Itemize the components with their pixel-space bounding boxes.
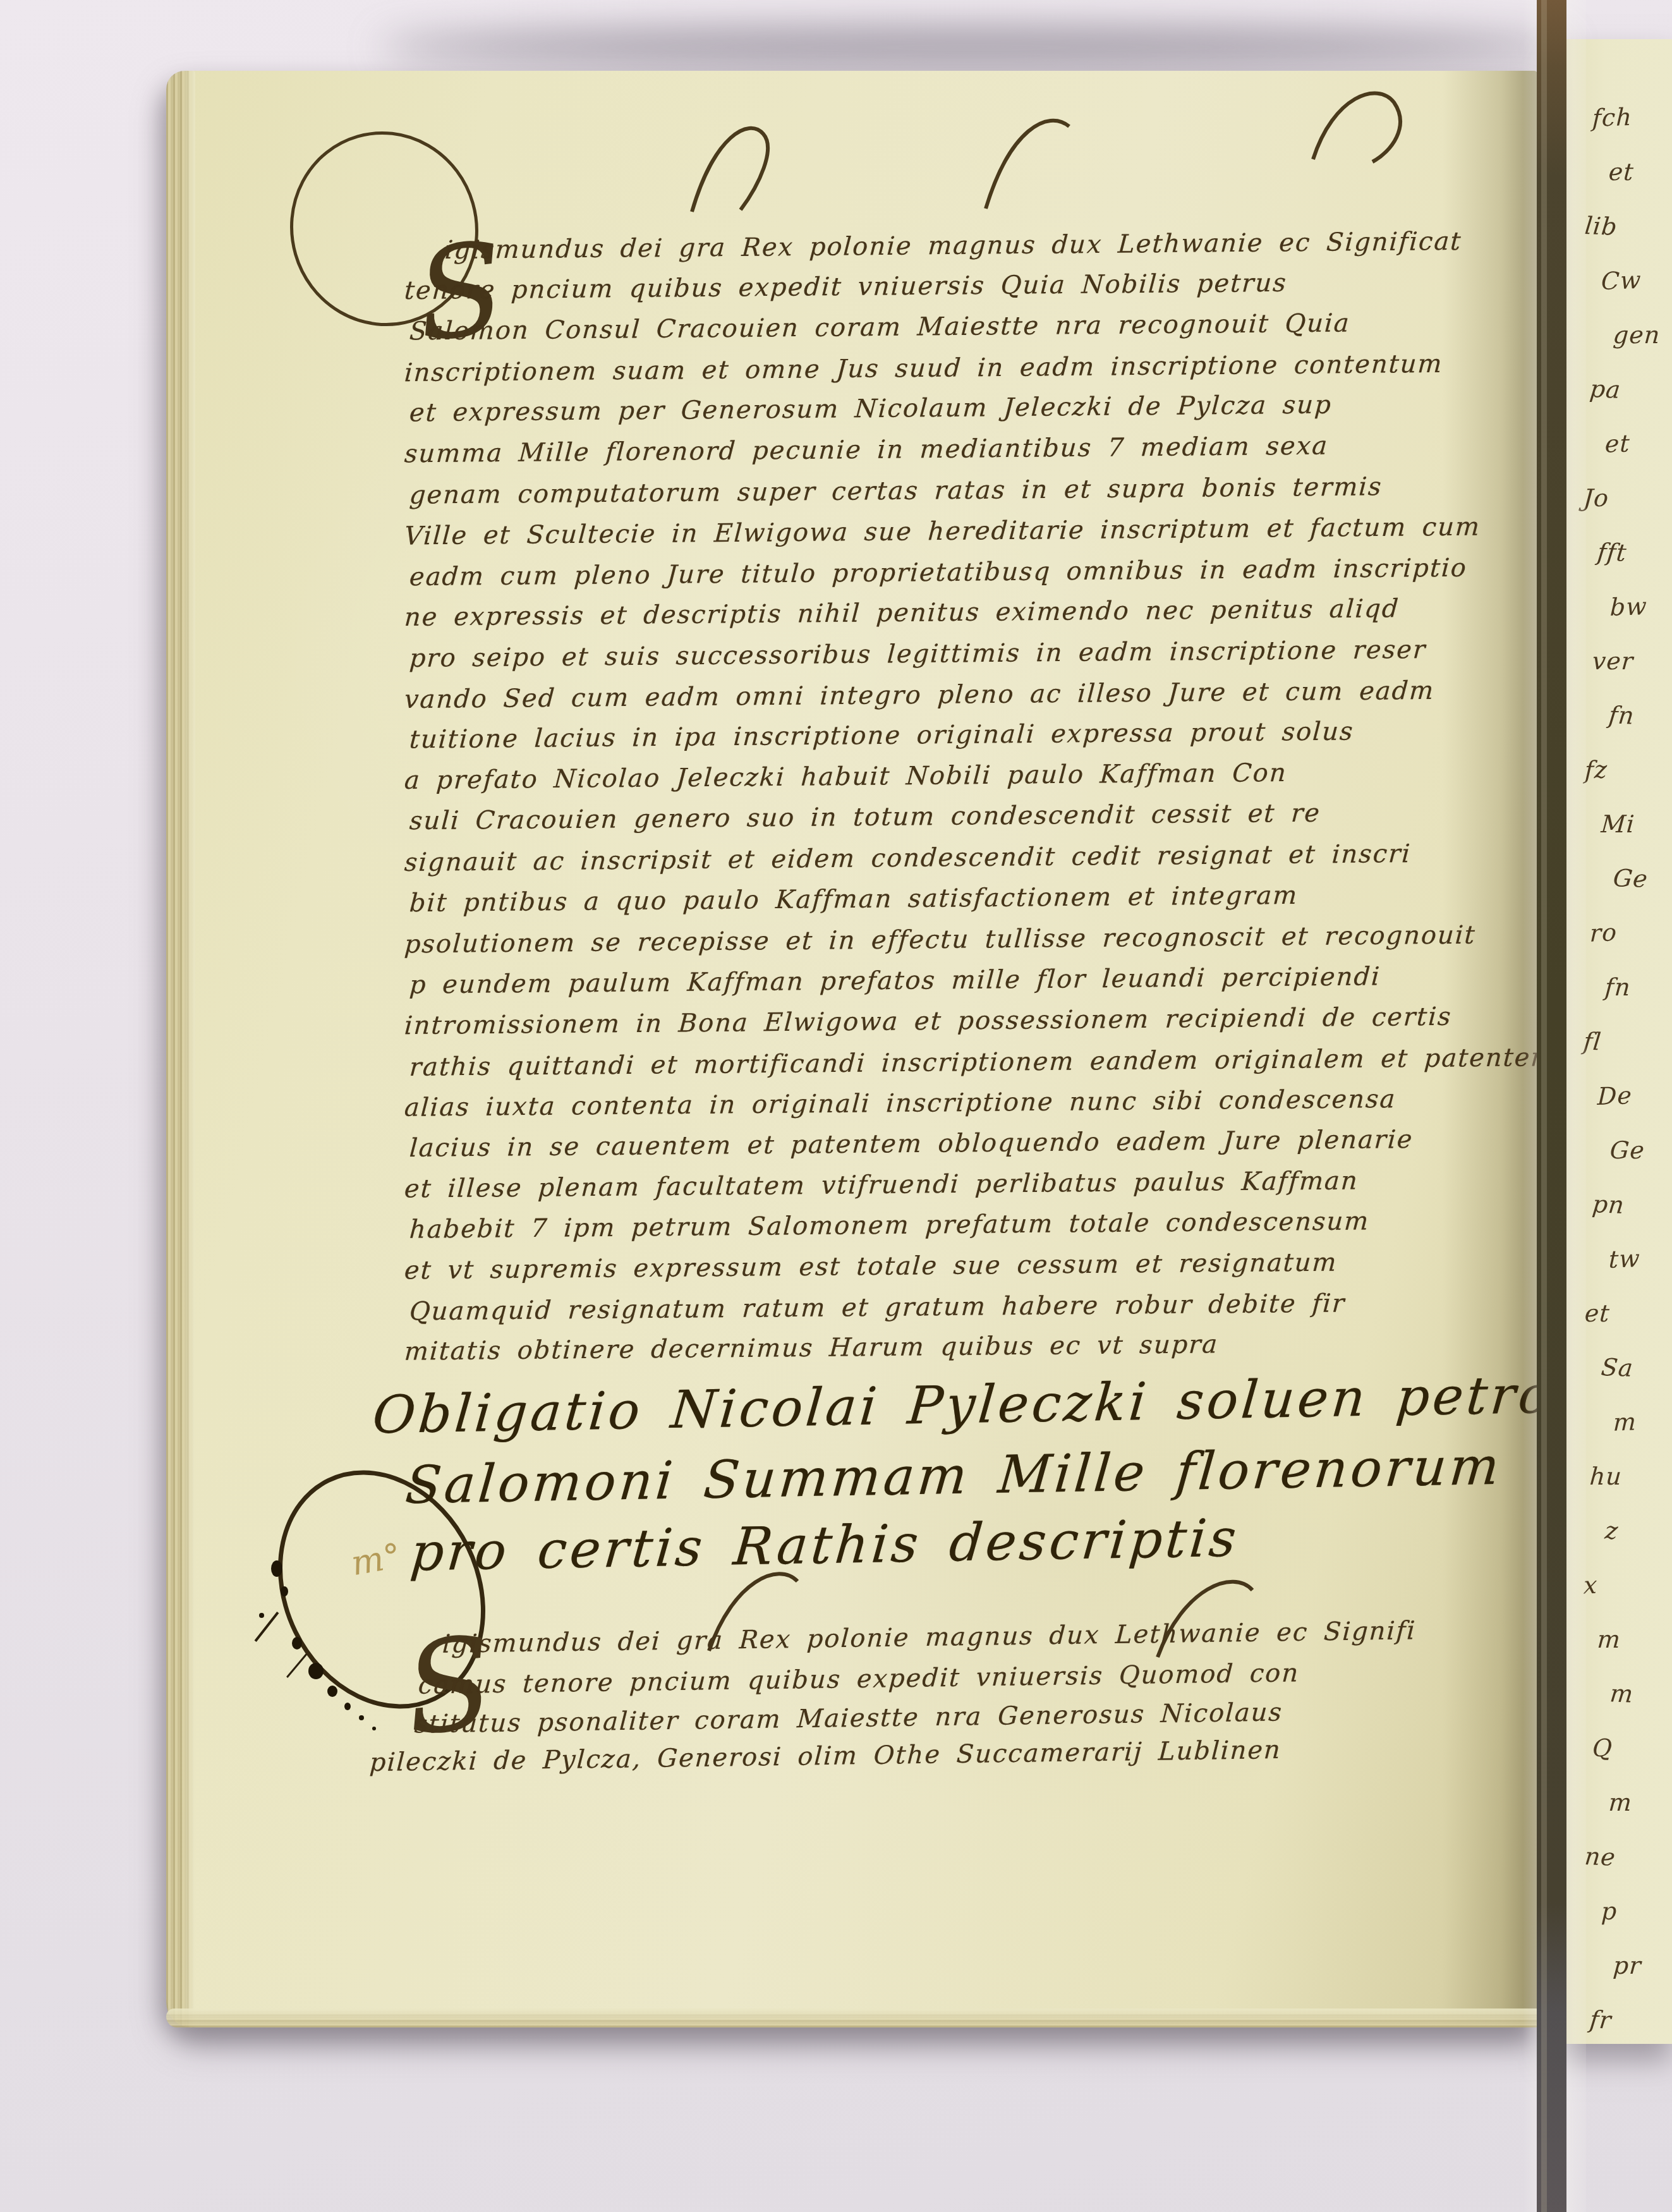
facing-page-fragment: tw — [1608, 1244, 1640, 1273]
facing-page-fragment: et — [1608, 158, 1635, 186]
facing-page-fragment: lib — [1584, 212, 1619, 241]
facing-page-fragment: gen — [1612, 321, 1661, 349]
facing-page-fragment: hu — [1589, 1462, 1623, 1490]
page-top-shadow — [379, 27, 1567, 68]
facing-page-fragment: ro — [1589, 918, 1618, 947]
facing-page-fragment: bw — [1609, 592, 1647, 621]
facing-page-fragment: fr — [1589, 2005, 1613, 2034]
facing-page-fragment: ne — [1584, 1842, 1618, 1871]
facing-page-fragment: pr — [1612, 1952, 1642, 1979]
manuscript-photograph: fchetlibCwgenpaetJofftbwverfnfzMiGerofnf… — [0, 0, 1672, 2212]
facing-page-fragment: m — [1613, 1407, 1637, 1436]
clamp-rod — [1537, 0, 1566, 2212]
facing-page-fragment: fft — [1596, 538, 1628, 566]
facing-page-fragment: pn — [1591, 1190, 1626, 1219]
facing-page-fragment: Sa — [1600, 1353, 1635, 1382]
facing-page-fragment: et — [1584, 1299, 1611, 1327]
facing-page-fragment: ver — [1591, 647, 1634, 675]
facing-page-fragment: p — [1601, 1897, 1618, 1926]
facing-page-fragment: Mi — [1600, 810, 1635, 838]
facing-page-fragment: fch — [1592, 103, 1632, 132]
facing-page-fragment: Ge — [1609, 1136, 1645, 1164]
facing-page-fragment: De — [1597, 1081, 1632, 1110]
facing-page-fragment: fn — [1604, 973, 1632, 1001]
facing-page-fragment: m — [1608, 1789, 1633, 1816]
facing-page-fragment: m — [1609, 1679, 1635, 1708]
facing-page-fragment: pa — [1589, 375, 1623, 404]
margin-note: m° — [348, 1536, 404, 1584]
facing-page-fragment: Q — [1592, 1734, 1613, 1762]
facing-page-fragment: Jo — [1582, 484, 1609, 512]
facing-page-fragment: Cw — [1601, 266, 1642, 295]
facing-page-fragment: m — [1596, 1626, 1621, 1653]
facing-page-fragment: et — [1604, 429, 1630, 458]
facing-page-fragment: fn — [1608, 701, 1636, 729]
facing-page-fragment: fz — [1584, 755, 1608, 784]
facing-page-fragment: Ge — [1612, 864, 1649, 893]
